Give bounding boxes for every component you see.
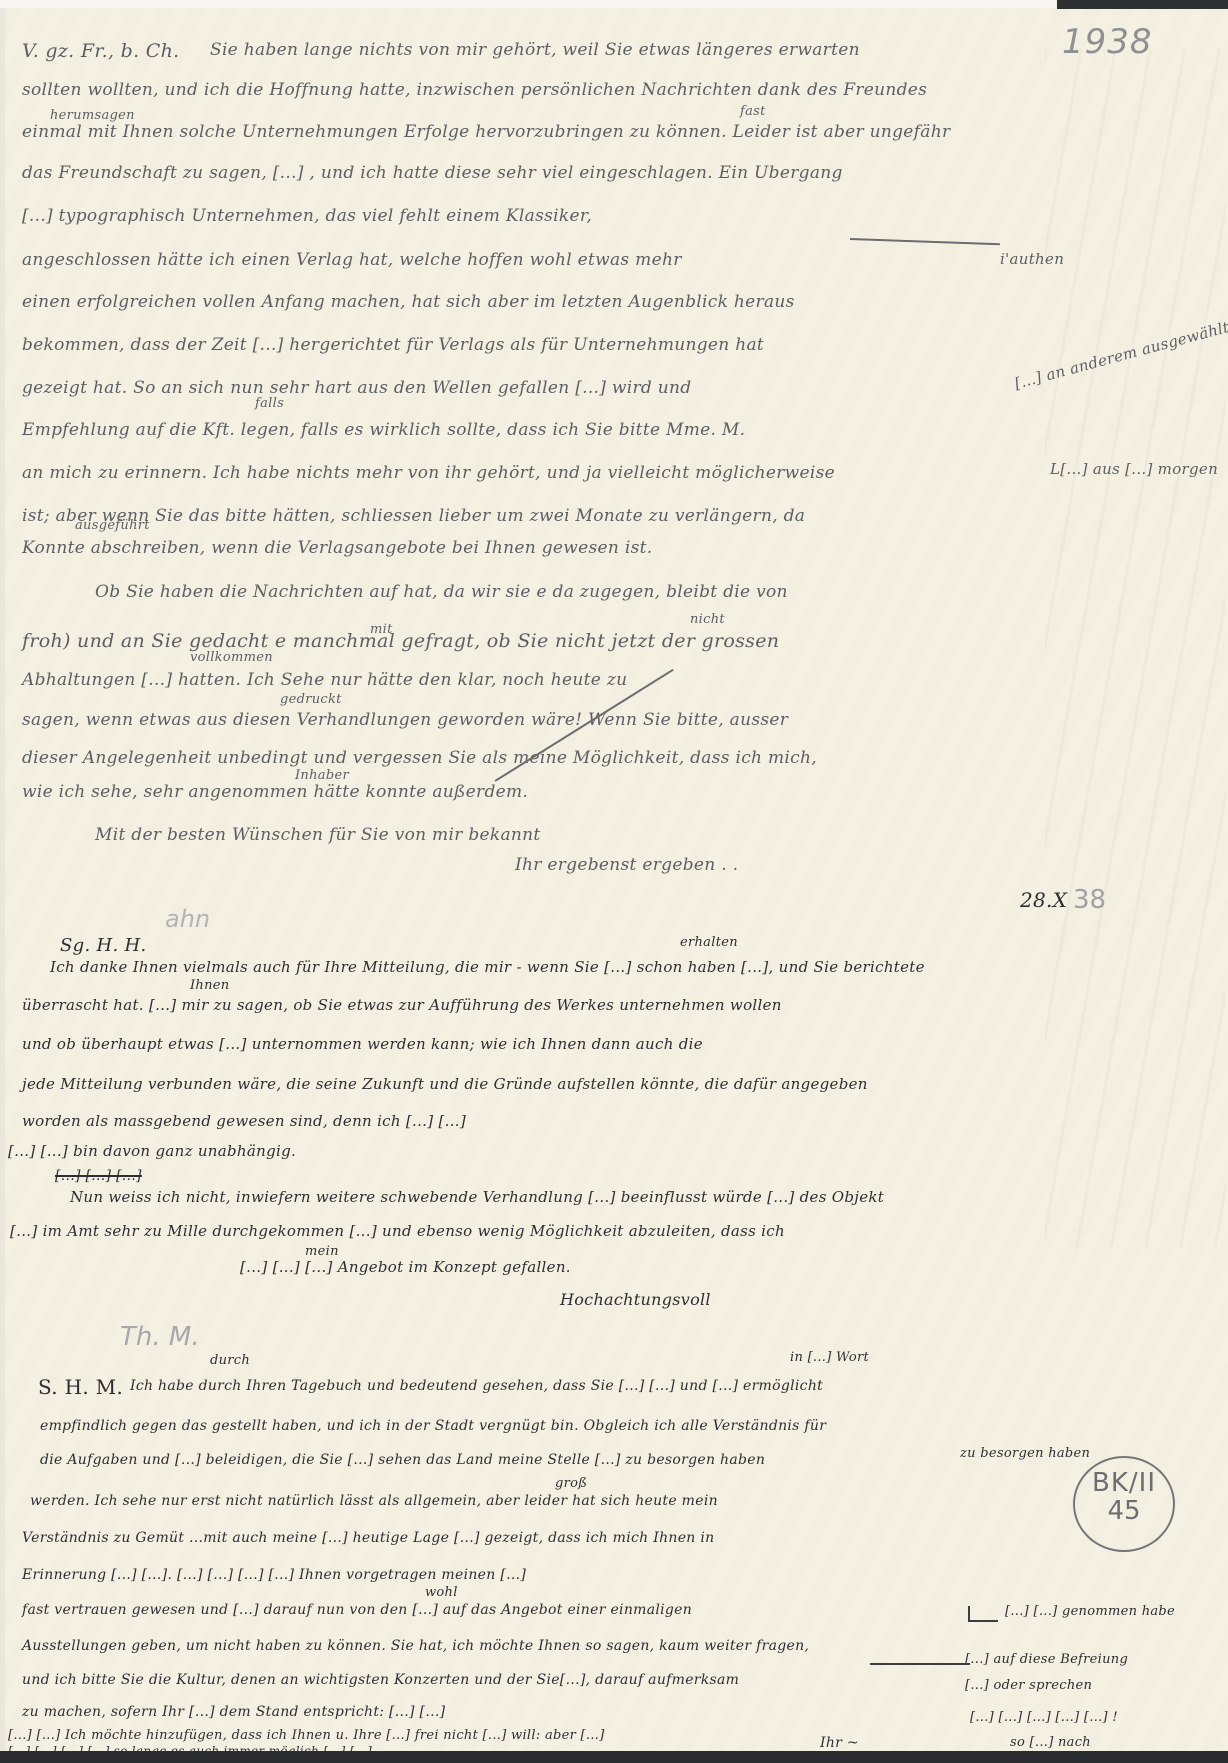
text-line: überrascht hat. [...] mir zu sagen, ob S… xyxy=(22,996,782,1014)
archive-signature-number: 45 xyxy=(1075,1496,1173,1526)
margin-note: [...] oder sprechen xyxy=(965,1678,1092,1693)
margin-note: [...] [...] [...] [...] [...] ! xyxy=(970,1710,1118,1725)
text-line: Ich danke Ihnen vielmals auch für Ihre M… xyxy=(50,958,925,976)
text-line: Ausstellungen geben, um nicht haben zu k… xyxy=(22,1638,809,1654)
text-line: gezeigt hat. So an sich nun sehr hart au… xyxy=(22,378,691,398)
interlinear-note: Ihnen xyxy=(190,978,229,993)
closing-formula: Hochachtungsvoll xyxy=(560,1290,711,1309)
scan-border-bottom xyxy=(0,1751,1228,1763)
interlinear-note: nicht xyxy=(690,612,725,627)
text-line: angeschlossen hätte ich einen Verlag hat… xyxy=(22,250,682,270)
text-line: [...] typographisch Unternehmen, das vie… xyxy=(22,206,592,226)
salutation: Sg. H. H. xyxy=(60,935,147,956)
scan-margin-top xyxy=(0,0,1056,8)
text-line: [...] im Amt sehr zu Mille durchgekommen… xyxy=(10,1222,785,1240)
bleed-through-texture xyxy=(1045,49,1225,1249)
interlinear-note: ausgeführt xyxy=(75,518,150,533)
manuscript-page xyxy=(5,9,1228,1751)
interlinear-note: in [...] Wort xyxy=(790,1350,869,1365)
text-line: empfindlich gegen das gestellt haben, un… xyxy=(40,1418,826,1434)
text-line: sagen, wenn etwas aus diesen Verhandlung… xyxy=(22,710,788,730)
salutation: V. gz. Fr., b. Ch. xyxy=(22,40,179,62)
text-line: bekommen, dass der Zeit [...] hergericht… xyxy=(22,335,764,355)
text-line: [...] [...] bin davon ganz unabhängig. xyxy=(8,1142,296,1160)
closing-signature: Ihr ergebenst ergeben . . xyxy=(515,855,738,875)
text-line: das Freundschaft zu sagen, [...] , und i… xyxy=(22,163,843,183)
text-line: fast vertrauen gewesen und [...] darauf … xyxy=(22,1602,692,1618)
text-line: [...] [...] [...] Angebot im Konzept gef… xyxy=(240,1258,571,1276)
letter-date: 28.X xyxy=(1020,888,1067,912)
text-line: Verständnis zu Gemüt ...mit auch meine [… xyxy=(22,1530,714,1546)
text-line: werden. Ich sehe nur erst nicht natürlic… xyxy=(30,1493,718,1509)
interlinear-note: groß xyxy=(555,1476,587,1491)
margin-note: zu besorgen haben xyxy=(960,1446,1090,1461)
text-line: Nun weiss ich nicht, inwiefern weitere s… xyxy=(70,1188,884,1206)
text-line: einen erfolgreichen vollen Anfang machen… xyxy=(22,292,795,312)
margin-note: so [...] nach xyxy=(1010,1735,1091,1750)
interlinear-note: wohl xyxy=(425,1585,458,1600)
interlinear-note: gedruckt xyxy=(280,692,342,707)
margin-note: L[...] aus [...] morgen xyxy=(1050,460,1218,478)
text-line: Erinnerung [...] [...]. [...] [...] [...… xyxy=(22,1567,526,1583)
text-line: Konnte abschreiben, wenn die Verlagsange… xyxy=(22,538,652,558)
archive-signature-top: BK/II xyxy=(1075,1468,1173,1498)
text-line: einmal mit Ihnen solche Unternehmungen E… xyxy=(22,122,950,142)
closing-line: Mit der besten Wünschen für Sie von mir … xyxy=(95,825,541,845)
insertion-line xyxy=(870,1663,970,1665)
text-line: Ich habe durch Ihren Tagebuch und bedeut… xyxy=(130,1378,823,1394)
pencil-label-section2: ahn xyxy=(165,905,210,933)
year-annotation: 1938 xyxy=(1062,22,1153,62)
interlinear-note: falls xyxy=(255,396,284,411)
struck-text: [...] [...] [...] xyxy=(55,1168,142,1184)
text-line: und ich bitte Sie die Kultur, denen an w… xyxy=(22,1672,739,1688)
margin-note: [...] [...] genommen habe xyxy=(1005,1604,1175,1619)
insertion-bracket xyxy=(968,1606,998,1622)
pencil-year-suffix: 38 xyxy=(1073,885,1106,915)
text-line: wie ich sehe, sehr angenommen hätte konn… xyxy=(22,782,528,802)
pencil-label-section3: Th. M. xyxy=(120,1322,200,1352)
text-line: an mich zu erinnern. Ich habe nichts meh… xyxy=(22,463,835,483)
interlinear-note: vollkommen xyxy=(190,650,273,665)
interlinear-note: durch xyxy=(210,1353,250,1368)
text-line: [...] [...] Ich möchte hinzufügen, dass … xyxy=(8,1728,605,1743)
text-line: und ob überhaupt etwas [...] unternommen… xyxy=(22,1035,703,1053)
text-line: sollten wollten, und ich die Hoffnung ha… xyxy=(22,80,927,100)
text-line: Ob Sie haben die Nachrichten auf hat, da… xyxy=(95,582,788,602)
interlinear-note: fast xyxy=(740,104,766,119)
interlinear-note: herumsagen xyxy=(50,108,135,123)
closing-signature: Ihr ~ xyxy=(820,1735,859,1751)
scan-border-top-right xyxy=(1057,0,1228,9)
salutation: S. H. M. xyxy=(38,1375,123,1399)
interlinear-note: mein xyxy=(305,1244,339,1259)
text-line: Sie haben lange nichts von mir gehört, w… xyxy=(210,40,860,60)
text-line: die Aufgaben und [...] beleidigen, die S… xyxy=(40,1452,765,1468)
text-line: Empfehlung auf die Kft. legen, falls es … xyxy=(22,420,745,440)
archive-signature-stamp: BK/II 45 xyxy=(1073,1456,1175,1552)
interlinear-note: erhalten xyxy=(680,935,738,950)
margin-note: i'authen xyxy=(1000,250,1064,268)
interlinear-note: Inhaber xyxy=(295,768,349,783)
text-line: worden als massgebend gewesen sind, denn… xyxy=(22,1112,466,1130)
margin-note: [...] auf diese Befreiung xyxy=(965,1652,1128,1667)
text-line: dieser Angelegenheit unbedingt und verge… xyxy=(22,748,817,768)
text-line: Abhaltungen [...] hatten. Ich Sehe nur h… xyxy=(22,670,627,690)
text-line: zu machen, sofern Ihr [...] dem Stand en… xyxy=(22,1704,445,1720)
text-line: jede Mitteilung verbunden wäre, die sein… xyxy=(22,1075,868,1093)
text-line: froh) und an Sie gedacht e manchmal gefr… xyxy=(22,630,779,652)
